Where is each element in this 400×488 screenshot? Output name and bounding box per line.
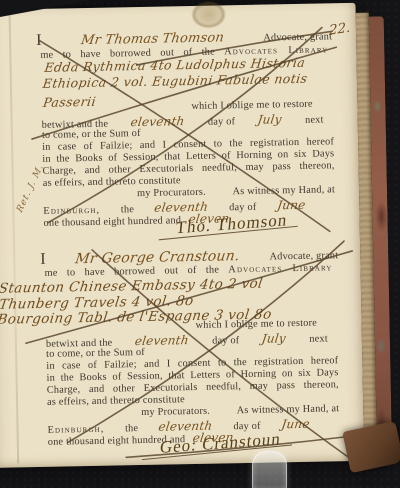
photo-background: 22. Ret. J. M. I Mr Thomas Thomson Advoc… xyxy=(0,0,400,488)
sum-line: to come, or the Sum of xyxy=(46,347,145,360)
printed-procurators: my Procurators. xyxy=(141,406,210,418)
signing-month: June xyxy=(280,417,310,432)
printed-witness: As witness my Hand, at xyxy=(237,403,340,416)
printed-pronoun: I xyxy=(40,255,46,265)
book-page-assembly: 22. Ret. J. M. I Mr Thomas Thomson Advoc… xyxy=(0,0,400,488)
printed-day-of: day of xyxy=(208,116,235,128)
printed-procurators: my Procurators. xyxy=(137,187,206,199)
book-title: Passerii xyxy=(42,94,97,110)
library-name: Advocates Library xyxy=(228,262,332,275)
printed-day-of: day of xyxy=(229,202,256,214)
oblige-line: which I oblige me to restore xyxy=(191,99,313,112)
printed-next: next xyxy=(305,114,324,125)
page-holder-tab xyxy=(252,451,287,488)
printed-next: next xyxy=(309,333,328,344)
return-month: July xyxy=(257,112,283,127)
printed-witness: As witness my Hand, at xyxy=(232,184,335,197)
printed-grant-suffix: Advocate, grant xyxy=(263,31,332,43)
return-day: eleventh xyxy=(130,114,186,129)
printed-day-of: day of xyxy=(212,335,239,347)
printed-grant-suffix: Advocate, grant xyxy=(269,250,338,262)
return-month: July xyxy=(261,331,287,346)
sum-line: to come, or the Sum of xyxy=(42,128,141,141)
return-day: eleventh xyxy=(134,333,190,348)
page-number: 22. xyxy=(329,20,350,39)
oblige-line: which I oblige me to restore xyxy=(195,318,317,331)
printed-pronoun: I xyxy=(36,36,42,46)
borrower-name: Mr Thomas Thomson xyxy=(80,30,225,48)
